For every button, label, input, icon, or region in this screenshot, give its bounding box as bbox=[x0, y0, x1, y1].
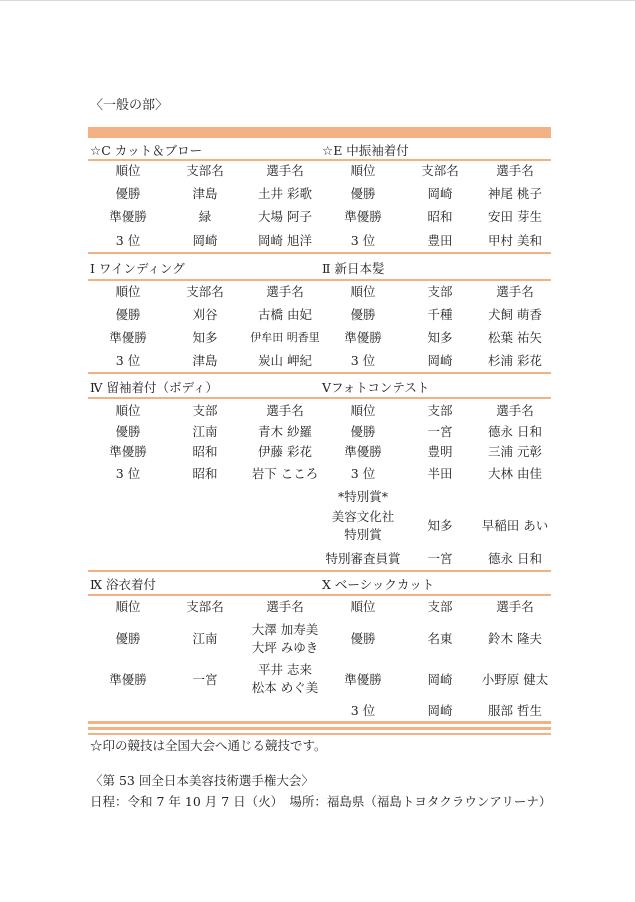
rank: 優勝 bbox=[98, 307, 158, 323]
rank: 準優勝 bbox=[98, 672, 158, 688]
divider bbox=[88, 721, 551, 724]
divider bbox=[88, 397, 551, 399]
rank: 準優勝 bbox=[98, 330, 158, 346]
rank: 準優勝 bbox=[98, 209, 158, 225]
player: 德永 日和 bbox=[475, 424, 555, 440]
branch: 江南 bbox=[175, 631, 235, 647]
page-heading: 〈一般の部〉 bbox=[90, 94, 168, 113]
col-header: 選手名 bbox=[475, 403, 555, 419]
section-title-ii: Ⅱ 新日本髪 bbox=[322, 259, 384, 277]
divider bbox=[88, 733, 551, 735]
player: 大澤 加寿美 bbox=[240, 622, 330, 638]
player: 炭山 岬紀 bbox=[245, 353, 325, 369]
col-header: 支部名 bbox=[410, 163, 470, 179]
col-header: 順位 bbox=[98, 599, 158, 615]
player: 鈴木 隆夫 bbox=[475, 631, 555, 647]
player: 平井 志来 bbox=[240, 662, 330, 678]
col-header: 順位 bbox=[98, 163, 158, 179]
divider bbox=[88, 594, 551, 596]
rank: 準優勝 bbox=[333, 209, 393, 225]
branch: 昭和 bbox=[175, 444, 235, 460]
rank: 優勝 bbox=[333, 186, 393, 202]
section-title-x: Ⅹ ベーシックカット bbox=[322, 575, 434, 593]
col-header: 選手名 bbox=[245, 403, 325, 419]
col-header: 選手名 bbox=[475, 163, 555, 179]
rank: 3 位 bbox=[98, 233, 158, 249]
rank: 3 位 bbox=[333, 233, 393, 249]
event-detail: 日程：令和 7 年 10 月 7 日（火） 場所：福島県（福島トヨタクラウンアリ… bbox=[90, 792, 551, 810]
col-header: 支部 bbox=[175, 403, 235, 419]
col-header: 順位 bbox=[333, 284, 393, 300]
branch: 知多 bbox=[410, 518, 470, 534]
player: 古橋 由妃 bbox=[245, 307, 325, 323]
footnote: ☆印の競技は全国大会へ通じる競技です。 bbox=[90, 736, 327, 754]
player: 德永 日和 bbox=[475, 551, 555, 567]
branch: 岡崎 bbox=[410, 672, 470, 688]
col-header: 選手名 bbox=[245, 163, 325, 179]
rank: 3 位 bbox=[333, 466, 393, 482]
branch: 豊明 bbox=[410, 444, 470, 460]
branch: 千種 bbox=[410, 307, 470, 323]
col-header: 選手名 bbox=[475, 284, 555, 300]
section-title-c: ☆C カット＆ブロー bbox=[90, 141, 202, 159]
award-name: 特別審査員賞 bbox=[320, 551, 406, 567]
rank: 優勝 bbox=[98, 424, 158, 440]
col-header: 支部名 bbox=[175, 599, 235, 615]
top-band bbox=[88, 127, 551, 138]
rank: 優勝 bbox=[98, 186, 158, 202]
col-header: 順位 bbox=[333, 163, 393, 179]
player: 大場 阿子 bbox=[245, 209, 325, 225]
player: 松葉 祐矢 bbox=[475, 330, 555, 346]
branch: 岡崎 bbox=[410, 353, 470, 369]
section-title-e: ☆E 中振袖着付 bbox=[322, 141, 409, 159]
divider bbox=[88, 279, 551, 281]
player: 伊牟田 明香里 bbox=[240, 330, 330, 346]
col-header: 順位 bbox=[98, 284, 158, 300]
page-top-border bbox=[0, 0, 635, 1]
section-title-i: Ⅰ ワインディング bbox=[90, 259, 185, 277]
col-header: 順位 bbox=[333, 403, 393, 419]
col-header: 支部 bbox=[410, 403, 470, 419]
col-header: 支部 bbox=[410, 284, 470, 300]
branch: 名東 bbox=[410, 631, 470, 647]
branch: 一宮 bbox=[175, 672, 235, 688]
player: 甲村 美和 bbox=[475, 233, 555, 249]
branch: 緑 bbox=[175, 209, 235, 225]
section-title-iv: Ⅳ 留袖着付（ボディ） bbox=[90, 378, 218, 396]
divider bbox=[88, 372, 551, 374]
col-header: 選手名 bbox=[245, 284, 325, 300]
col-header: 支部 bbox=[410, 599, 470, 615]
rank: 準優勝 bbox=[98, 444, 158, 460]
rank: 優勝 bbox=[98, 631, 158, 647]
branch: 刈谷 bbox=[175, 307, 235, 323]
branch: 江南 bbox=[175, 424, 235, 440]
player: 大坪 みゆき bbox=[240, 640, 330, 656]
rank: 3 位 bbox=[98, 353, 158, 369]
branch: 一宮 bbox=[410, 424, 470, 440]
rank: 準優勝 bbox=[333, 444, 393, 460]
branch: 豊田 bbox=[410, 233, 470, 249]
branch: 知多 bbox=[410, 330, 470, 346]
branch: 半田 bbox=[410, 466, 470, 482]
divider bbox=[88, 570, 551, 572]
rank: 準優勝 bbox=[333, 672, 393, 688]
award-name: 特別賞 bbox=[320, 527, 406, 543]
col-header: 支部名 bbox=[175, 163, 235, 179]
rank: 優勝 bbox=[333, 631, 393, 647]
divider bbox=[88, 252, 551, 254]
col-header: 支部名 bbox=[175, 284, 235, 300]
divider bbox=[88, 727, 551, 730]
branch: 岡崎 bbox=[410, 703, 470, 719]
player: 土井 彩歌 bbox=[245, 186, 325, 202]
player: 小野原 健太 bbox=[470, 672, 560, 688]
player: 三浦 元彰 bbox=[475, 444, 555, 460]
player: 神尾 桃子 bbox=[475, 186, 555, 202]
rank: 3 位 bbox=[333, 353, 393, 369]
branch: 昭和 bbox=[175, 466, 235, 482]
rank: 3 位 bbox=[98, 466, 158, 482]
rank: 優勝 bbox=[333, 307, 393, 323]
player: 伊藤 彩花 bbox=[245, 444, 325, 460]
branch: 昭和 bbox=[410, 209, 470, 225]
player: 岡崎 旭洋 bbox=[245, 233, 325, 249]
player: 大林 由佳 bbox=[475, 466, 555, 482]
player: 岩下 こころ bbox=[245, 466, 325, 482]
col-header: 順位 bbox=[333, 599, 393, 615]
special-award-label: *特別賞* bbox=[320, 489, 406, 505]
branch: 津島 bbox=[175, 186, 235, 202]
col-header: 選手名 bbox=[245, 599, 325, 615]
player: 松本 めぐ美 bbox=[240, 680, 330, 696]
branch: 岡崎 bbox=[175, 233, 235, 249]
branch: 岡崎 bbox=[410, 186, 470, 202]
branch: 知多 bbox=[175, 330, 235, 346]
player: 安田 芽生 bbox=[475, 209, 555, 225]
section-title-v: Ⅴフォトコンテスト bbox=[322, 378, 429, 396]
rank: 準優勝 bbox=[333, 330, 393, 346]
player: 杉浦 彩花 bbox=[475, 353, 555, 369]
event-title: 〈第 53 回全日本美容技術選手権大会〉 bbox=[90, 771, 314, 789]
col-header: 順位 bbox=[98, 403, 158, 419]
section-title-ix: Ⅸ 浴衣着付 bbox=[90, 575, 156, 593]
player: 青木 紗羅 bbox=[245, 424, 325, 440]
rank: 3 位 bbox=[333, 703, 393, 719]
divider bbox=[88, 159, 551, 161]
player: 服部 哲生 bbox=[475, 703, 555, 719]
award-name: 美容文化社 bbox=[320, 509, 406, 525]
branch: 一宮 bbox=[410, 551, 470, 567]
col-header: 選手名 bbox=[475, 599, 555, 615]
player: 犬飼 萌香 bbox=[475, 307, 555, 323]
player: 早稲田 あい bbox=[470, 518, 560, 534]
rank: 優勝 bbox=[333, 424, 393, 440]
branch: 津島 bbox=[175, 353, 235, 369]
